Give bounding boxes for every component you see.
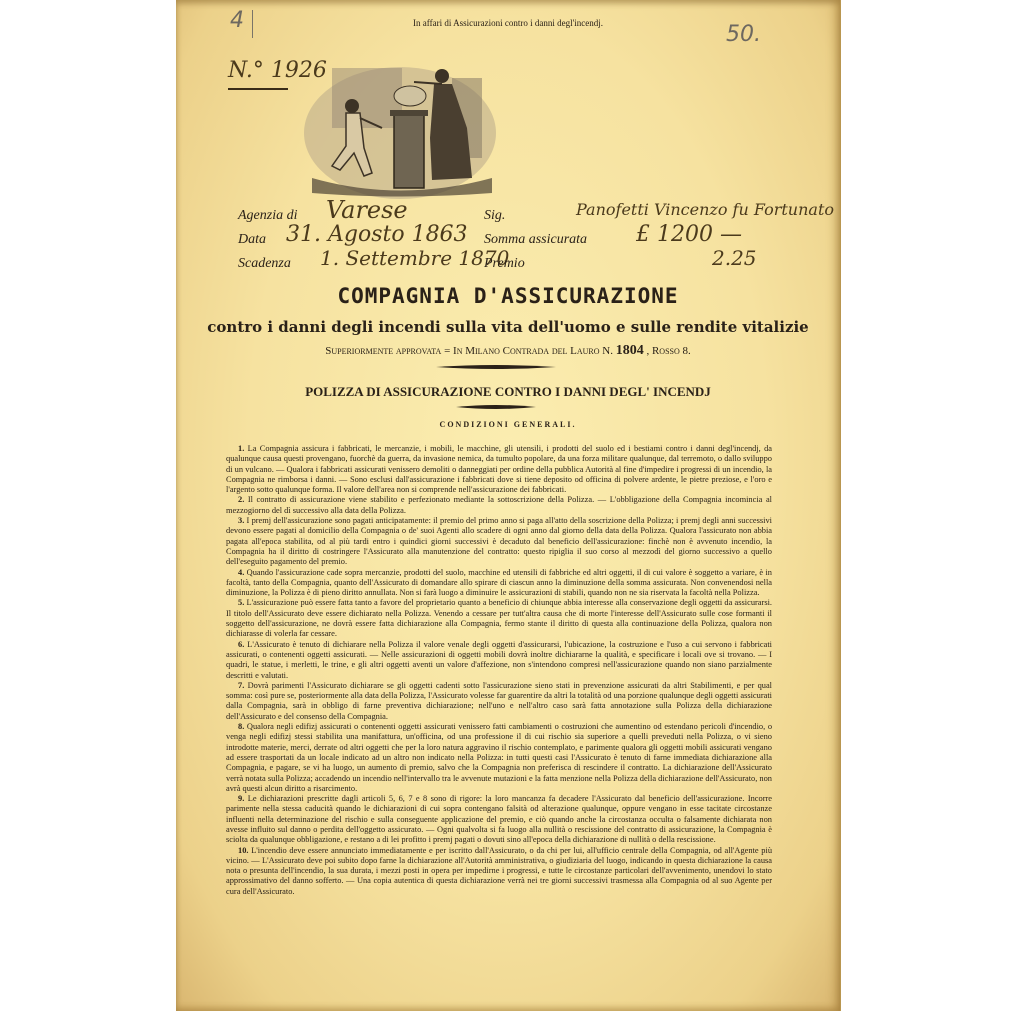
article: 4. Quando l'assicurazione cade sopra mer…: [226, 568, 772, 599]
ornamental-divider-small: [456, 404, 536, 410]
scadenza-value: 1. Settembre 1870: [320, 246, 509, 270]
approval-line: Superiormente approvata = In Milano Cont…: [176, 343, 840, 359]
data-value: 31. Agosto 1863: [286, 222, 468, 247]
data-label: Data: [238, 232, 266, 248]
article: 3. I premj dell'assicurazione sono pagat…: [226, 516, 772, 567]
sig-value: Panofetti Vincenzo fu Fortunato: [576, 200, 834, 219]
policy-title: POLIZZA DI ASSICURAZIONE CONTRO I DANNI …: [176, 384, 840, 400]
premio-label: Premio: [484, 256, 525, 272]
allegorical-engraving-image: [302, 58, 498, 200]
policy-number-underline: [228, 88, 288, 90]
insurance-policy-document: 4 50. In affari di Assicurazioni contro …: [176, 0, 841, 1011]
company-title: COMPAGNIA D'ASSICURAZIONE: [176, 284, 840, 308]
article: 1. La Compagnia assicura i fabbricati, l…: [226, 444, 772, 495]
article: 7. Dovrà parimenti l'Assicurato dichiara…: [226, 681, 772, 722]
conditions-title: CONDIZIONI GENERALI.: [176, 420, 840, 429]
conditions-body: 1. La Compagnia assicura i fabbricati, l…: [226, 444, 772, 897]
ornamental-divider: [436, 364, 556, 370]
article: 6. L'Assicurato è tenuto di dichiarare n…: [226, 640, 772, 681]
agenzia-value: Varese: [326, 196, 408, 224]
somma-assicurata-value: £ 1200 —: [636, 222, 742, 247]
article: 2. Il contratto di assicurazione viene s…: [226, 495, 772, 516]
article: 9. Le dichiarazioni prescritte dagli art…: [226, 794, 772, 845]
article: 5. L'assicurazione può essere fatta tant…: [226, 598, 772, 639]
sig-label: Sig.: [484, 208, 505, 224]
approval-number: 1804: [616, 343, 644, 358]
approval-text-tail: , Rosso 8.: [646, 345, 690, 357]
article: 8. Qualora negli edifizj assicurati o co…: [226, 722, 772, 794]
company-subtitle: contro i danni degli incendi sulla vita …: [176, 318, 840, 336]
premio-value: 2.25: [712, 246, 757, 270]
scadenza-label: Scadenza: [238, 256, 291, 272]
approval-text: Superiormente approvata = In Milano Cont…: [325, 345, 613, 357]
header-note: In affari di Assicurazioni contro i dann…: [176, 18, 840, 28]
article: 10. L'incendio deve essere annunciato im…: [226, 846, 772, 897]
